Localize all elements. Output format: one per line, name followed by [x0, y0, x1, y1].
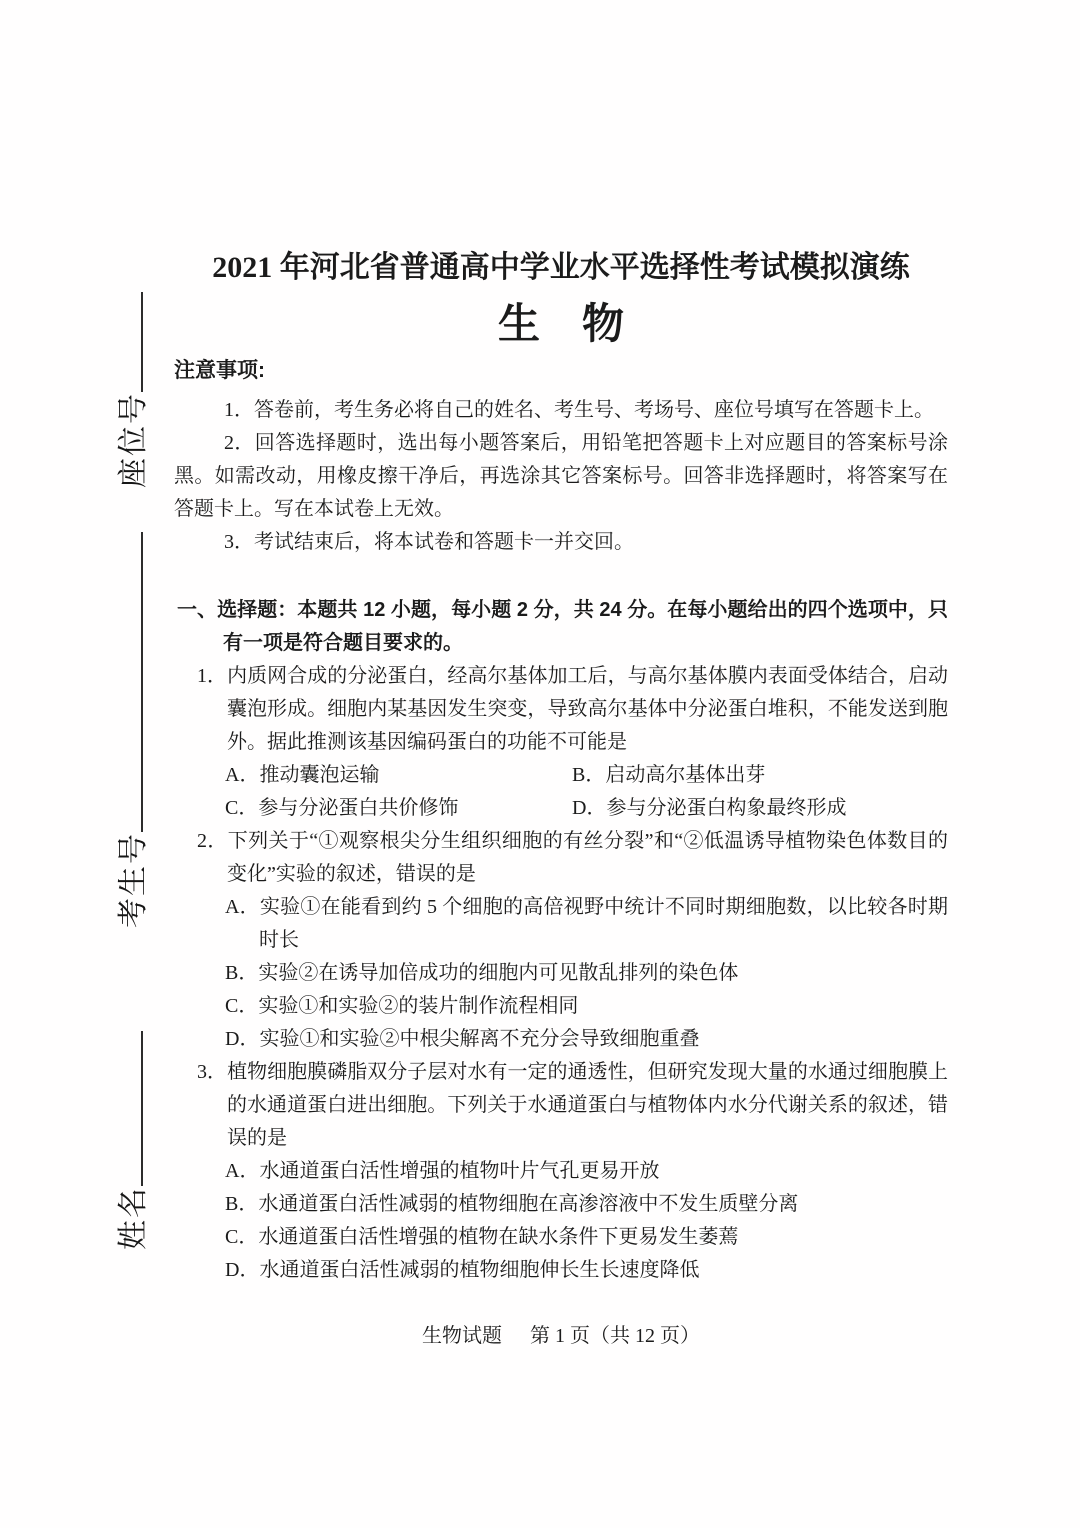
- footer-doc-label: 生物试题: [422, 1325, 502, 1347]
- question-3-option-d: D．水通道蛋白活性减弱的植物细胞伸长生长速度降低: [225, 1254, 948, 1287]
- question-1: 1．内质网合成的分泌蛋白，经高尔基体加工后，与高尔基体膜内表面受体结合，启动囊泡…: [177, 660, 948, 825]
- question-3-stem: 3．植物细胞膜磷脂双分子层对水有一定的通透性，但研究发现大量的水通过细胞膜上的水…: [197, 1056, 948, 1155]
- option-label: C．: [225, 995, 258, 1017]
- option-text: 启动高尔基体出芽: [605, 764, 765, 786]
- seal-label-seat-number: 座位号: [117, 392, 150, 488]
- seal-underline-seat-number: [139, 292, 143, 392]
- notice-list: 1．答卷前，考生务必将自己的姓名、考生号、考场号、座位号填写在答题卡上。 2．回…: [174, 394, 948, 559]
- question-2-stem: 2．下列关于“①观察根尖分生组织细胞的有丝分裂”和“②低温诱导植物染色体数目的变…: [197, 825, 948, 891]
- question-3-option-b: B．水通道蛋白活性减弱的植物细胞在高渗溶液中不发生质壁分离: [225, 1188, 948, 1221]
- question-3-number: 3．: [197, 1061, 227, 1083]
- question-2-option-a: A．实验①在能看到约 5 个细胞的高倍视野中统计不同时期细胞数，以比较各时期时长: [225, 891, 948, 957]
- page-footer: 生物试题第 1 页（共 12 页）: [174, 1320, 948, 1353]
- question-2-stem-text: 下列关于“①观察根尖分生组织细胞的有丝分裂”和“②低温诱导植物染色体数目的变化”…: [227, 830, 948, 885]
- question-1-stem-text: 内质网合成的分泌蛋白，经高尔基体加工后，与高尔基体膜内表面受体结合，启动囊泡形成…: [227, 665, 948, 753]
- question-2-options: A．实验①在能看到约 5 个细胞的高倍视野中统计不同时期细胞数，以比较各时期时长…: [225, 891, 948, 1056]
- question-2-option-b: B．实验②在诱导加倍成功的细胞内可见散乱排列的染色体: [225, 957, 948, 990]
- option-text: 实验①和实验②的装片制作流程相同: [258, 995, 578, 1017]
- question-1-options: A．推动囊泡运输 B．启动高尔基体出芽 C．参与分泌蛋白共价修饰 D．参与分泌蛋…: [225, 759, 948, 825]
- question-1-option-a: A．推动囊泡运输: [225, 759, 572, 792]
- option-label: A．: [225, 896, 260, 918]
- option-text: 实验②在诱导加倍成功的细胞内可见散乱排列的染色体: [258, 962, 738, 984]
- option-label: A．: [225, 764, 259, 786]
- option-text: 实验①和实验②中根尖解离不充分会导致细胞重叠: [259, 1028, 699, 1050]
- option-label: C．: [225, 1226, 258, 1248]
- option-label: A．: [225, 1160, 259, 1182]
- question-1-stem: 1．内质网合成的分泌蛋白，经高尔基体加工后，与高尔基体膜内表面受体结合，启动囊泡…: [197, 660, 948, 759]
- option-label: B．: [572, 764, 605, 786]
- exam-title: 2021 年河北省普通高中学业水平选择性考试模拟演练: [174, 250, 948, 286]
- exam-paper-page: 座位号 考生号 姓名 2021 年河北省普通高中学业水平选择性考试模拟演练 生 …: [0, 0, 1080, 1528]
- seal-underline-name: [139, 1031, 143, 1186]
- notice-item-2: 2．回答选择题时，选出每小题答案后，用铅笔把答题卡上对应题目的答案标号涂黑。如需…: [174, 427, 948, 526]
- option-label: B．: [225, 1193, 258, 1215]
- option-label: D．: [225, 1028, 259, 1050]
- option-label: D．: [572, 797, 606, 819]
- seal-label-candidate-number: 考生号: [117, 832, 150, 928]
- option-text: 推动囊泡运输: [259, 764, 379, 786]
- option-text: 水通道蛋白活性增强的植物叶片气孔更易开放: [259, 1160, 659, 1182]
- option-text: 水通道蛋白活性增强的植物在缺水条件下更易发生萎蔫: [258, 1226, 738, 1248]
- seal-label-name: 姓名: [117, 1186, 150, 1250]
- option-label: C．: [225, 797, 258, 819]
- question-3-option-c: C．水通道蛋白活性增强的植物在缺水条件下更易发生萎蔫: [225, 1221, 948, 1254]
- question-1-option-c: C．参与分泌蛋白共价修饰: [225, 792, 572, 825]
- option-text: 实验①在能看到约 5 个细胞的高倍视野中统计不同时期细胞数，以比较各时期时长: [259, 896, 948, 951]
- question-2-option-c: C．实验①和实验②的装片制作流程相同: [225, 990, 948, 1023]
- question-1-number: 1．: [197, 665, 227, 687]
- footer-page-info: 第 1 页（共 12 页）: [530, 1325, 700, 1347]
- option-text: 水通道蛋白活性减弱的植物细胞在高渗溶液中不发生质壁分离: [258, 1193, 798, 1215]
- seal-field-seat-number: 座位号: [116, 292, 152, 488]
- notice-heading: 注意事项:: [174, 356, 265, 386]
- question-2-number: 2．: [197, 830, 228, 852]
- seal-field-candidate-number: 考生号: [116, 532, 152, 928]
- question-2-option-d: D．实验①和实验②中根尖解离不充分会导致细胞重叠: [225, 1023, 948, 1056]
- option-label: B．: [225, 962, 258, 984]
- question-3-option-a: A．水通道蛋白活性增强的植物叶片气孔更易开放: [225, 1155, 948, 1188]
- seal-underline-candidate-number: [139, 532, 143, 832]
- seal-field-name: 姓名: [116, 1031, 152, 1250]
- option-label: D．: [225, 1259, 259, 1281]
- main-content: 一、选择题：本题共 12 小题，每小题 2 分，共 24 分。在每小题给出的四个…: [177, 594, 948, 1287]
- question-1-option-d: D．参与分泌蛋白构象最终形成: [572, 792, 948, 825]
- question-3-stem-text: 植物细胞膜磷脂双分子层对水有一定的通透性，但研究发现大量的水通过细胞膜上的水通道…: [227, 1061, 948, 1149]
- question-2: 2．下列关于“①观察根尖分生组织细胞的有丝分裂”和“②低温诱导植物染色体数目的变…: [177, 825, 948, 1056]
- notice-item-1: 1．答卷前，考生务必将自己的姓名、考生号、考场号、座位号填写在答题卡上。: [174, 394, 948, 427]
- question-1-option-b: B．启动高尔基体出芽: [572, 759, 948, 792]
- notice-item-3: 3．考试结束后，将本试卷和答题卡一并交回。: [174, 526, 948, 559]
- option-text: 参与分泌蛋白构象最终形成: [606, 797, 846, 819]
- option-text: 参与分泌蛋白共价修饰: [258, 797, 458, 819]
- subject-title: 生 物: [174, 298, 948, 352]
- option-text: 水通道蛋白活性减弱的植物细胞伸长生长速度降低: [259, 1259, 699, 1281]
- question-3-options: A．水通道蛋白活性增强的植物叶片气孔更易开放 B．水通道蛋白活性减弱的植物细胞在…: [225, 1155, 948, 1287]
- question-3: 3．植物细胞膜磷脂双分子层对水有一定的通透性，但研究发现大量的水通过细胞膜上的水…: [177, 1056, 948, 1287]
- section-heading: 一、选择题：本题共 12 小题，每小题 2 分，共 24 分。在每小题给出的四个…: [177, 594, 948, 660]
